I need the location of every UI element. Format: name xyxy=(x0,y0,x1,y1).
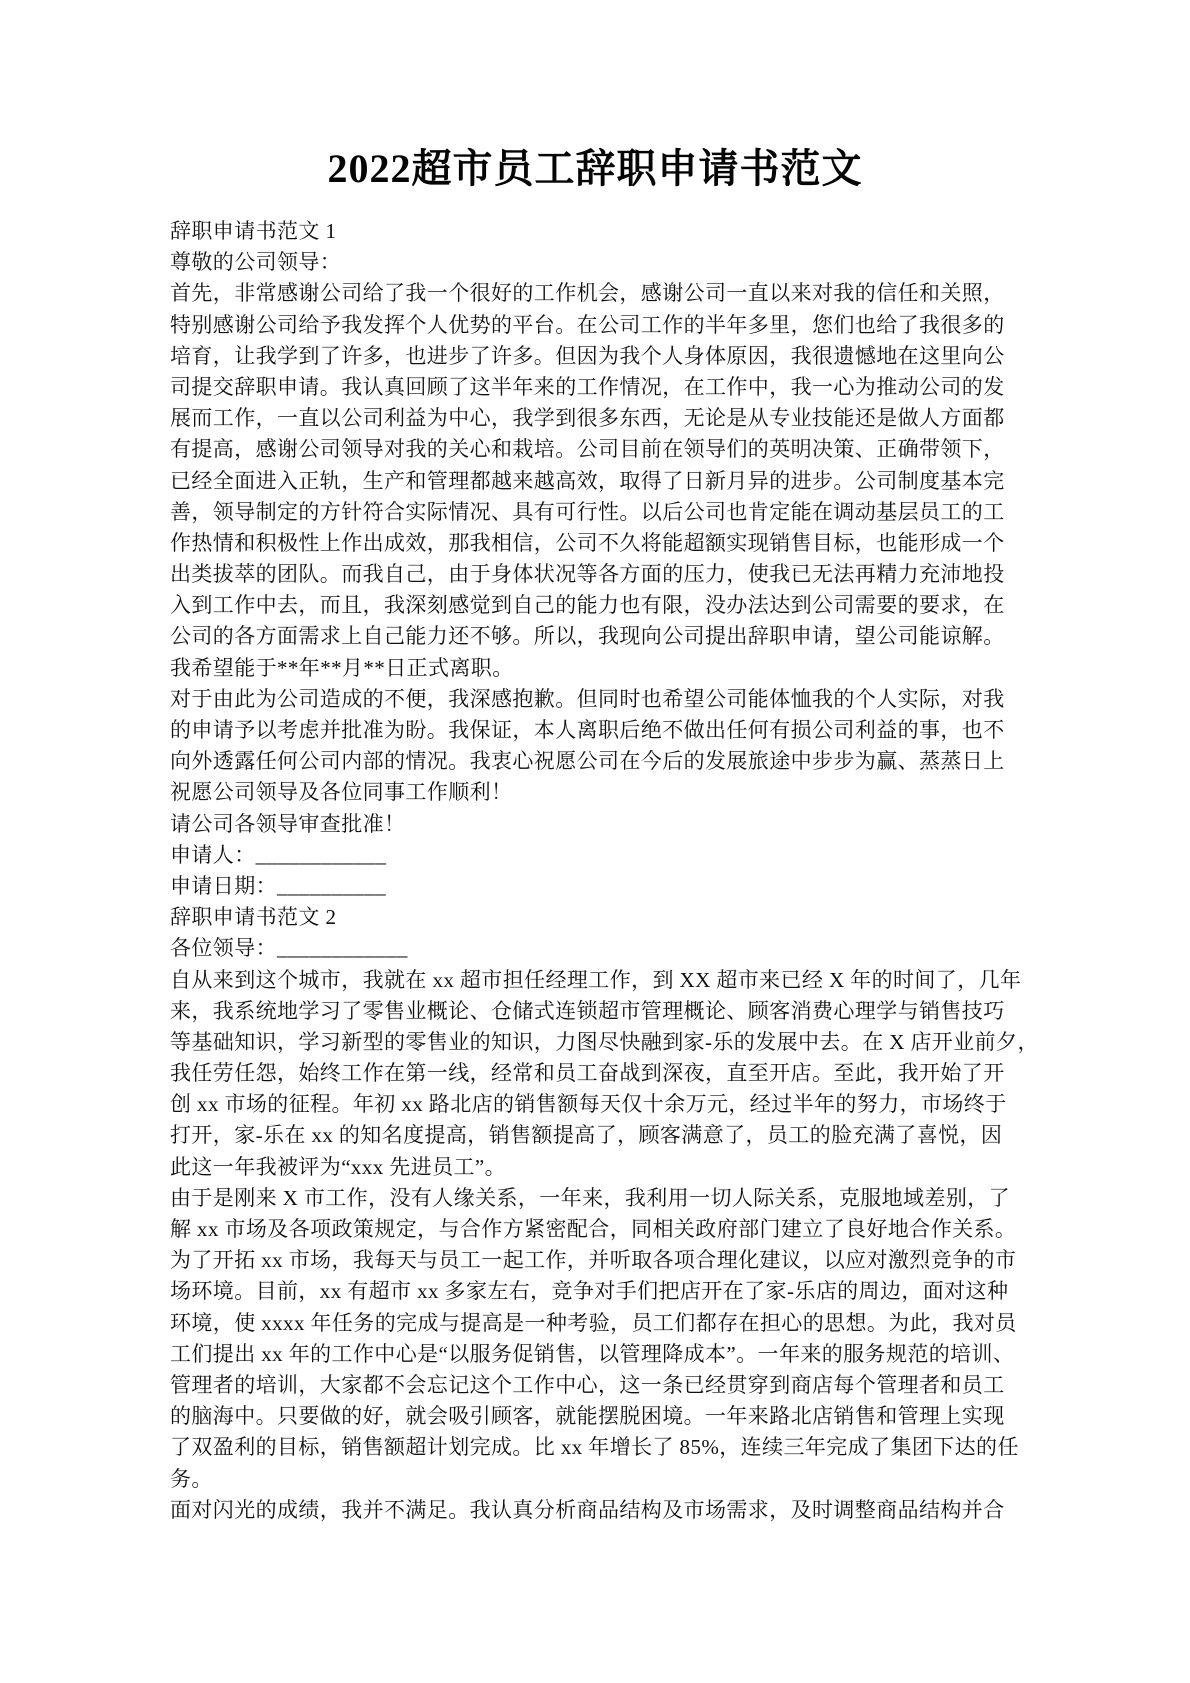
text-line: 我任劳任怨，始终工作在第一线，经常和员工奋战到深夜，直至开店。至此，我开始了开 xyxy=(170,1058,1028,1089)
text-line: 出类拔萃的团队。而我自己，由于身体状况等各方面的压力，使我已无法再精力充沛地投 xyxy=(170,559,1028,590)
text-line: 辞职申请书范文 1 xyxy=(170,216,1028,247)
text-line: 自从来到这个城市，我就在 xx 超市担任经理工作，到 XX 超市来已经 X 年的… xyxy=(170,965,1028,996)
text-line: 首先，非常感谢公司给了我一个很好的工作机会，感谢公司一直以来对我的信任和关照， xyxy=(170,278,1028,309)
text-line: 的申请予以考虑并批准为盼。我保证，本人离职后绝不做出任何有损公司利益的事，也不 xyxy=(170,715,1028,746)
text-line: 对于由此为公司造成的不便，我深感抱歉。但同时也希望公司能体恤我的个人实际，对我 xyxy=(170,684,1028,715)
text-line: 我希望能于**年**月**日正式离职。 xyxy=(170,653,1028,684)
document-title: 2022超市员工辞职申请书范文 xyxy=(0,143,1190,195)
text-line: 已经全面进入正轨，生产和管理都越来越高效，取得了日新月异的进步。公司制度基本完 xyxy=(170,466,1028,497)
text-line: 请公司各领导审查批准！ xyxy=(170,809,1028,840)
text-line: 培育，让我学到了许多，也进步了许多。但因为我个人身体原因，我很遗憾地在这里向公 xyxy=(170,341,1028,372)
document-page: 2022超市员工辞职申请书范文 辞职申请书范文 1尊敬的公司领导：首先，非常感谢… xyxy=(0,0,1190,1683)
text-line: 展而工作，一直以公司利益为中心，我学到很多东西，无论是从专业技能还是做人方面都 xyxy=(170,403,1028,434)
text-line: 打开，家-乐在 xx 的知名度提高，销售额提高了，顾客满意了，员工的脸充满了喜悦… xyxy=(170,1120,1028,1151)
text-line: 各位领导：____________ xyxy=(170,933,1028,964)
text-line: 司提交辞职申请。我认真回顾了这半年来的工作情况，在工作中，我一心为推动公司的发 xyxy=(170,372,1028,403)
text-line: 由于是刚来 X 市工作，没有人缘关系，一年来，我利用一切人际关系，克服地域差别，… xyxy=(170,1183,1028,1214)
text-line: 管理者的培训，大家都不会忘记这个工作中心，这一条已经贯穿到商店每个管理者和员工 xyxy=(170,1370,1028,1401)
text-line: 入到工作中去，而且，我深刻感觉到自己的能力也有限，没办法达到公司需要的要求，在 xyxy=(170,590,1028,621)
text-line: 的脑海中。只要做的好，就会吸引顾客，就能摆脱困境。一年来路北店销售和管理上实现 xyxy=(170,1401,1028,1432)
text-line: 务。 xyxy=(170,1464,1028,1495)
text-line: 此这一年我被评为“xxx 先进员工”。 xyxy=(170,1152,1028,1183)
text-line: 环境，使 xxxx 年任务的完成与提高是一种考验，员工们都存在担心的思想。为此，… xyxy=(170,1308,1028,1339)
text-line: 向外透露任何公司内部的情况。我衷心祝愿公司在今后的发展旅途中步步为赢、蒸蒸日上 xyxy=(170,746,1028,777)
text-line: 祝愿公司领导及各位同事工作顺利！ xyxy=(170,777,1028,808)
text-line: 公司的各方面需求上自己能力还不够。所以，我现向公司提出辞职申请，望公司能谅解。 xyxy=(170,621,1028,652)
text-line: 辞职申请书范文 2 xyxy=(170,902,1028,933)
text-line: 善，领导制定的方针符合实际情况、具有可行性。以后公司也肯定能在调动基层员工的工 xyxy=(170,497,1028,528)
text-line: 等基础知识，学习新型的零售业的知识，力图尽快融到家-乐的发展中去。在 X 店开业… xyxy=(170,1027,1028,1058)
text-line: 来，我系统地学习了零售业概论、仓储式连锁超市管理概论、顾客消费心理学与销售技巧 xyxy=(170,996,1028,1027)
text-line: 面对闪光的成绩，我并不满足。我认真分析商品结构及市场需求，及时调整商品结构并合 xyxy=(170,1495,1028,1526)
text-line: 场环境。目前，xx 有超市 xx 多家左右，竞争对手们把店开在了家-乐店的周边，… xyxy=(170,1276,1028,1307)
text-line: 为了开拓 xx 市场，我每天与员工一起工作，并听取各项合理化建议，以应对激烈竞争… xyxy=(170,1245,1028,1276)
text-line: 了双盈利的目标，销售额超计划完成。比 xx 年增长了 85%，连续三年完成了集团… xyxy=(170,1432,1028,1463)
text-line: 有提高，感谢公司领导对我的关心和栽培。公司目前在领导们的英明决策、正确带领下， xyxy=(170,434,1028,465)
text-line: 创 xx 市场的征程。年初 xx 路北店的销售额每天仅十余万元，经过半年的努力，… xyxy=(170,1089,1028,1120)
text-line: 工们提出 xx 年的工作中心是“以服务促销售，以管理降成本”。一年来的服务规范的… xyxy=(170,1339,1028,1370)
text-line: 申请人：____________ xyxy=(170,840,1028,871)
text-line: 申请日期：__________ xyxy=(170,871,1028,902)
text-line: 尊敬的公司领导： xyxy=(170,247,1028,278)
text-line: 解 xx 市场及各项政策规定，与合作方紧密配合，同相关政府部门建立了良好地合作关… xyxy=(170,1214,1028,1245)
document-content: 辞职申请书范文 1尊敬的公司领导：首先，非常感谢公司给了我一个很好的工作机会，感… xyxy=(170,216,1028,1526)
text-line: 特别感谢公司给予我发挥个人优势的平台。在公司工作的半年多里，您们也给了我很多的 xyxy=(170,310,1028,341)
text-line: 作热情和积极性上作出成效，那我相信，公司不久将能超额实现销售目标，也能形成一个 xyxy=(170,528,1028,559)
